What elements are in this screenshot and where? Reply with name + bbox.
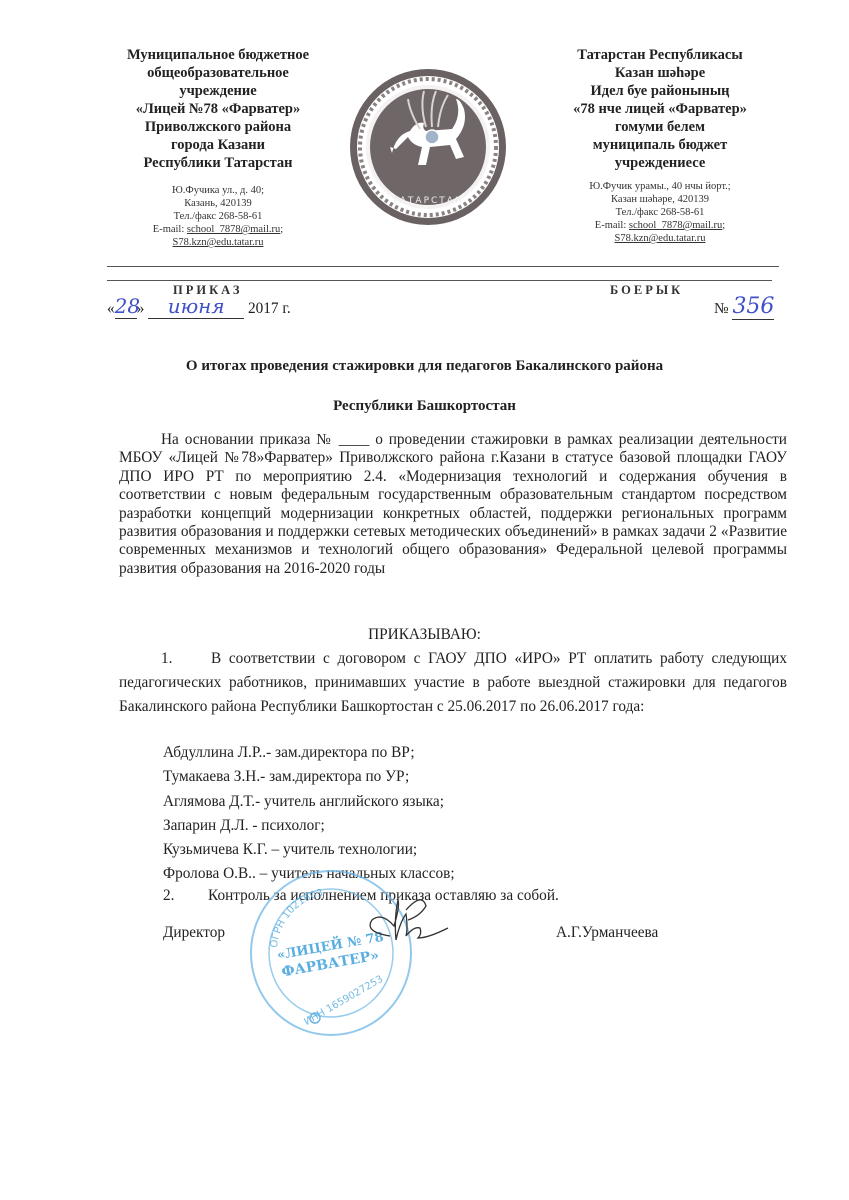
list-item: Аглямова Д.Т.- учитель английского языка…	[163, 790, 455, 814]
org-line: Татарстан Республикасы	[544, 46, 776, 64]
document-title-line2: Республики Башкортостан	[0, 398, 849, 415]
svg-text:ТАТАРСТАН: ТАТАРСТАН	[391, 196, 463, 206]
order-heading: ПРИКАЗЫВАЮ:	[0, 626, 849, 644]
order-item-1: 1.В соответствии с договором с ГАОУ ДПО …	[119, 647, 787, 719]
org-line: муниципаль бюджет	[544, 136, 776, 154]
list-item: Запарин Д.Л. - психолог;	[163, 814, 455, 838]
address-line: Казань, 420139	[103, 197, 333, 210]
list-item: Тумакаева З.Н.- зам.директора по УР;	[163, 765, 455, 789]
number-value: 356	[732, 294, 774, 320]
header-divider	[107, 266, 779, 267]
org-line: гомуми белем	[544, 118, 776, 136]
item-number: 2.	[163, 887, 208, 905]
email-link[interactable]: S78.kzn@edu.tatar.ru	[614, 233, 705, 244]
org-line: Идел буе районының	[544, 82, 776, 100]
email-separator: ;	[722, 220, 725, 231]
date-year: 2017 г.	[248, 300, 291, 317]
date-month: июня	[148, 294, 244, 319]
org-line: «78 нче лицей «Фарватер»	[544, 100, 776, 118]
email-link[interactable]: school_7878@mail.ru	[187, 224, 280, 235]
number-label: №	[714, 300, 729, 317]
list-item: Абдуллина Л.Р..- зам.директора по ВР;	[163, 741, 455, 765]
signatory-name: А.Г.Урманчеева	[556, 924, 658, 942]
org-line: Казан шәһәре	[544, 64, 776, 82]
item-text: В соответствии с договором с ГАОУ ДПО «И…	[119, 650, 787, 715]
address-line: Тел./факс 268-58-61	[103, 210, 333, 223]
order-number: № 356	[714, 294, 774, 320]
header-divider	[107, 280, 772, 281]
email-separator: ;	[280, 224, 283, 235]
order-label-tt: БОЕРЫК	[610, 283, 683, 298]
header-right: Татарстан Республикасы Казан шәһәре Идел…	[544, 46, 776, 245]
right-address: Ю.Фучик урамы., 40 нчы йорт.; Казан шәһә…	[544, 180, 776, 245]
email-link[interactable]: school_7878@mail.ru	[629, 220, 722, 231]
signatory-position: Директор	[163, 924, 225, 942]
order-date: «28» июня 2017 г.	[107, 294, 291, 319]
staff-list: Абдуллина Л.Р..- зам.директора по ВР; Ту…	[163, 741, 455, 887]
date-day: 28	[115, 294, 137, 319]
document-title: О итогах проведения стажировки для педаг…	[0, 358, 849, 375]
address-line: Ю.Фучика ул., д. 40;	[103, 184, 333, 197]
org-line: «Лицей №78 «Фарватер»	[103, 100, 333, 118]
quote: »	[137, 300, 145, 317]
header-left: Муниципальное бюджетное общеобразователь…	[103, 46, 333, 249]
preamble: На основании приказа № ____ о проведении…	[119, 431, 787, 578]
svg-text:ОГРН 1021603: ОГРН 1021603	[269, 888, 324, 949]
org-line: общеобразовательное	[103, 64, 333, 82]
org-line: учреждение	[103, 82, 333, 100]
email-link[interactable]: S78.kzn@edu.tatar.ru	[172, 237, 263, 248]
email-label: E-mail:	[153, 224, 187, 235]
org-line: Муниципальное бюджетное	[103, 46, 333, 64]
list-item: Кузьмичева К.Г. – учитель технологии;	[163, 838, 455, 862]
org-line: Приволжского района	[103, 118, 333, 136]
tatarstan-coat-of-arms-icon: ТАТАРСТАН	[348, 67, 508, 227]
left-org-name: Муниципальное бюджетное общеобразователь…	[103, 46, 333, 172]
handwritten-signature-icon	[360, 896, 470, 961]
left-address: Ю.Фучика ул., д. 40; Казань, 420139 Тел.…	[103, 184, 333, 249]
quote: «	[107, 300, 115, 317]
email-label: E-mail:	[595, 220, 629, 231]
email-line: E-mail: school_7878@mail.ru;	[103, 223, 333, 236]
org-line: учреждениесе	[544, 154, 776, 172]
email-line: E-mail: school_7878@mail.ru;	[544, 219, 776, 232]
right-org-name: Татарстан Республикасы Казан шәһәре Идел…	[544, 46, 776, 172]
org-line: города Казани	[103, 136, 333, 154]
address-line: Ю.Фучик урамы., 40 нчы йорт.;	[544, 180, 776, 193]
org-line: Республики Татарстан	[103, 154, 333, 172]
address-line: Тел./факс 268-58-61	[544, 206, 776, 219]
item-number: 1.	[161, 647, 211, 671]
address-line: Казан шәһәре, 420139	[544, 193, 776, 206]
